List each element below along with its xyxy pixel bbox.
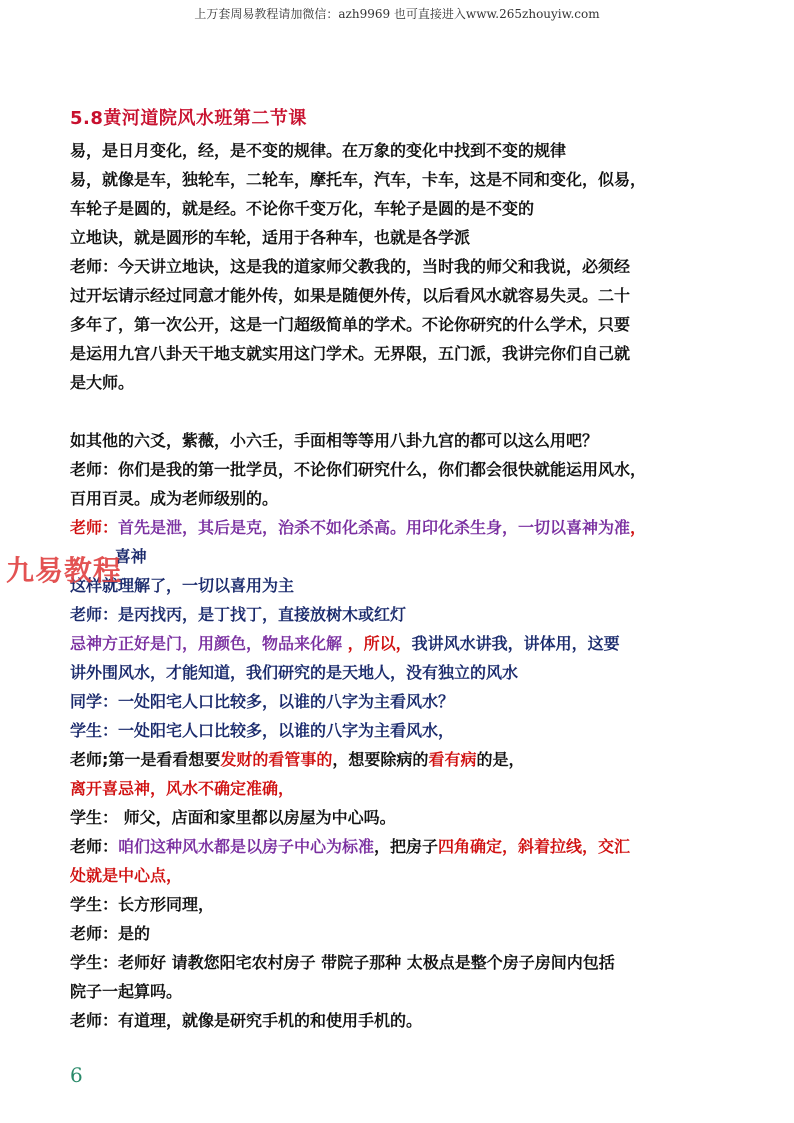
text-segment: ，把房子: [374, 837, 438, 856]
text-segment: 讲外围风水，才能知道，我们研究的是天地人，没有独立的风水: [70, 663, 518, 682]
text-line: 老师;第一是看看想要发财的看管事的，想要除病的看有病的是，: [70, 745, 730, 774]
text-segment: 看有病: [428, 750, 476, 769]
text-segment: 忌神方正好是门，用颜色，物品来化解: [70, 634, 348, 653]
watermark-logo: 九易教程: [6, 549, 122, 589]
text-segment: 多年了，第一次公开，这是一门超级简单的学术。不论你研究的什么学术，只要: [70, 315, 630, 334]
text-segment: 学生：长方形同理，: [70, 895, 214, 914]
text-segment: 易，是日月变化，经，是不变的规律。在万象的变化中找到不变的规律: [70, 141, 566, 160]
text-segment: 过开坛请示经过同意才能外传，如果是随便外传，以后看风水就容易失灵。二十: [70, 286, 630, 305]
text-segment: 发财的看管事的: [220, 750, 332, 769]
text-line: 处就是中心点，: [70, 861, 730, 890]
text-segment: 是运用九宫八卦天干地支就实用这门学术。无界限，五门派，我讲完你们自己就: [70, 344, 630, 363]
text-line: 立地诀，就是圆形的车轮，适用于各种车，也就是各学派: [70, 223, 730, 252]
text-segment: 离开喜忌神，风水不确定准确，: [70, 779, 294, 798]
text-segment: 老师：: [70, 837, 118, 856]
text-segment: 百用百灵。成为老师级别的。: [70, 489, 278, 508]
text-line: 过开坛请示经过同意才能外传，如果是随便外传，以后看风水就容易失灵。二十: [70, 281, 730, 310]
text-line: 老师：有道理，就像是研究手机的和使用手机的。: [70, 1006, 730, 1035]
text-line: 学生：一处阳宅人口比较多，以谁的八字为主看风水，: [70, 716, 730, 745]
text-line: 学生：长方形同理，: [70, 890, 730, 919]
text-line: 老师：首先是泄，其后是克，治杀不如化杀高。用印化杀生身，一切以喜神为准，: [70, 513, 730, 542]
text-segment: ，所以，: [348, 634, 412, 653]
text-line: 是运用九宫八卦天干地支就实用这门学术。无界限，五门派，我讲完你们自己就: [70, 339, 730, 368]
text-segment: 学生： 师父，店面和家里都以房屋为中心吗。: [70, 808, 396, 827]
text-line: 同学：一处阳宅人口比较多，以谁的八字为主看风水？: [70, 687, 730, 716]
text-line: 这样就理解了，一切以喜用为主: [70, 571, 730, 600]
text-segment: 老师：有道理，就像是研究手机的和使用手机的。: [70, 1011, 422, 1030]
text-segment: 学生：一处阳宅人口比较多，以谁的八字为主看风水，: [70, 721, 454, 740]
text-line: 老师：咱们这种风水都是以房子中心为标准，把房子四角确定，斜着拉线，交汇: [70, 832, 730, 861]
text-segment: 学生：老师好 请教您阳宅农村房子 带院子那种 太极点是整个房子房间内包括: [70, 953, 615, 972]
text-line: 忌神方正好是门，用颜色，物品来化解 ，所以，我讲风水讲我，讲体用，这要: [70, 629, 730, 658]
text-segment: 同学：一处阳宅人口比较多，以谁的八字为主看风水？: [70, 692, 454, 711]
text-segment: ，: [630, 518, 646, 537]
text-line: 学生： 师父，店面和家里都以房屋为中心吗。: [70, 803, 730, 832]
page-number: 6: [70, 1063, 83, 1087]
text-line: 多年了，第一次公开，这是一门超级简单的学术。不论你研究的什么学术，只要: [70, 310, 730, 339]
text-segment: 老师：你们是我的第一批学员，不论你们研究什么，你们都会很快就能运用风水，: [70, 460, 646, 479]
text-segment: 易，就像是车，独轮车，二轮车，摩托车，汽车，卡车，这是不同和变化，似易，: [70, 170, 646, 189]
text-line: 车轮子是圆的，就是经。不论你千变万化，车轮子是圆的是不变的: [70, 194, 730, 223]
text-line: 是大师。: [70, 368, 730, 397]
text-line: 老师：今天讲立地诀，这是我的道家师父教我的，当时我的师父和我说，必须经: [70, 252, 730, 281]
document-body: 易，是日月变化，经，是不变的规律。在万象的变化中找到不变的规律易，就像是车，独轮…: [70, 136, 730, 1035]
text-line: 老师：你们是我的第一批学员，不论你们研究什么，你们都会很快就能运用风水，: [70, 455, 730, 484]
text-segment: 老师：今天讲立地诀，这是我的道家师父教我的，当时我的师父和我说，必须经: [70, 257, 630, 276]
page-header-banner: 上万套周易教程请加微信：azh9969 也可直接进入www.265zhouyiw…: [0, 5, 794, 22]
text-line: 老师：是的: [70, 919, 730, 948]
text-segment: 处就是中心点，: [70, 866, 182, 885]
text-segment: 老师;第一是看看想要: [70, 750, 220, 769]
text-segment: 老师：是的: [70, 924, 150, 943]
text-segment: 咱们这种风水都是以房子中心为标准: [118, 837, 374, 856]
text-line: 喜神: [70, 542, 730, 571]
text-line: 学生：老师好 请教您阳宅农村房子 带院子那种 太极点是整个房子房间内包括: [70, 948, 730, 977]
text-segment: 车轮子是圆的，就是经。不论你千变万化，车轮子是圆的是不变的: [70, 199, 534, 218]
text-segment: 如其他的六爻，紫薇，小六壬，手面相等等用八卦九宫的都可以这么用吧？: [70, 431, 598, 450]
text-line: 离开喜忌神，风水不确定准确，: [70, 774, 730, 803]
text-segment: 的是，: [476, 750, 524, 769]
blank-line: [70, 397, 730, 426]
text-line: 易，就像是车，独轮车，二轮车，摩托车，汽车，卡车，这是不同和变化，似易，: [70, 165, 730, 194]
text-segment: 首先是泄，其后是克，治杀不如化杀高。用印化杀生身，一切以喜神为准: [118, 518, 630, 537]
text-segment: 我讲风水讲我，讲体用，这要: [412, 634, 620, 653]
text-line: 易，是日月变化，经，是不变的规律。在万象的变化中找到不变的规律: [70, 136, 730, 165]
text-line: 百用百灵。成为老师级别的。: [70, 484, 730, 513]
text-line: 院子一起算吗。: [70, 977, 730, 1006]
text-segment: 老师：: [70, 518, 118, 537]
text-line: 如其他的六爻，紫薇，小六壬，手面相等等用八卦九宫的都可以这么用吧？: [70, 426, 730, 455]
text-segment: 院子一起算吗。: [70, 982, 182, 1001]
text-segment: ，想要除病的: [332, 750, 428, 769]
text-segment: 立地诀，就是圆形的车轮，适用于各种车，也就是各学派: [70, 228, 470, 247]
text-line: 讲外围风水，才能知道，我们研究的是天地人，没有独立的风水: [70, 658, 730, 687]
text-segment: 是大师。: [70, 373, 134, 392]
text-line: 老师：是丙找丙，是丁找丁，直接放树木或红灯: [70, 600, 730, 629]
section-title: 5.8黄河道院风水班第二节课: [70, 104, 307, 130]
text-segment: 老师：是丙找丙，是丁找丁，直接放树木或红灯: [70, 605, 406, 624]
text-segment: 四角确定，斜着拉线，交汇: [438, 837, 630, 856]
